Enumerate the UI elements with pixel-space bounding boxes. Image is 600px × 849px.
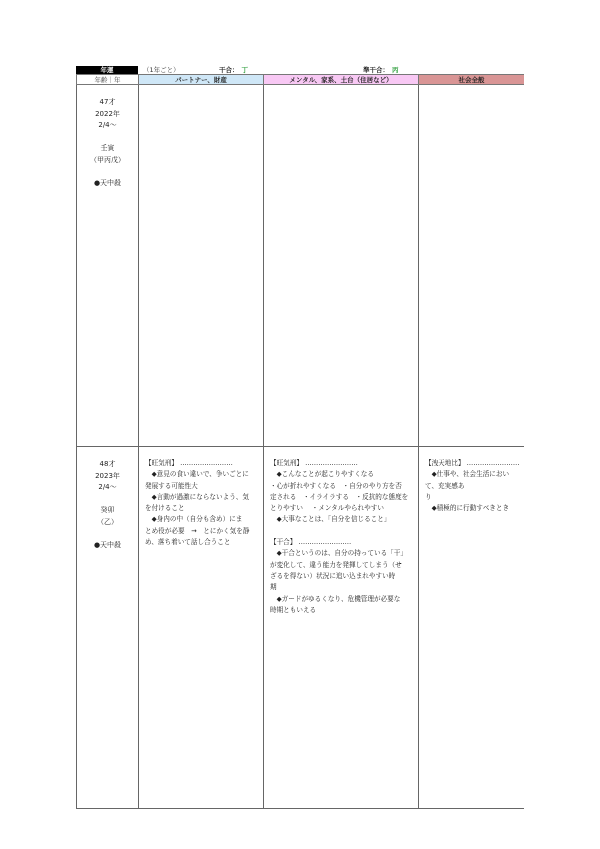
text-line: ◆言動が過激にならないよう、気 bbox=[145, 492, 258, 503]
kanshi: 壬寅 bbox=[77, 143, 138, 155]
sheet-title: 年運 bbox=[76, 66, 138, 74]
text-line: ◆積極的に行動すべきとき bbox=[425, 503, 520, 514]
text-line: め、落ち着いて話し合うこと bbox=[145, 537, 258, 548]
text-line: ◆大事なことは、「自分を信じること」 bbox=[270, 514, 413, 525]
social-cell[interactable] bbox=[418, 85, 524, 446]
column-header-mental: メンタル、家系、土台（住居など） bbox=[263, 74, 418, 85]
age-year-cell: 47才 2022年 2/4～ 壬寅 （甲丙戊） ●天中殺 bbox=[76, 85, 138, 446]
tenchusatsu-marker: ●天中殺 bbox=[77, 178, 138, 190]
text-line: 【旺気刑】 …………………… bbox=[270, 458, 413, 469]
column-header-social: 社会全般 bbox=[418, 74, 524, 85]
text-line: 時期ともいえる bbox=[270, 605, 413, 616]
text-line: ◆意見の食い違いで、争いごとに bbox=[145, 469, 258, 480]
age-year-cell: 48才 2023年 2/4～ 癸卯 （乙） ●天中殺 bbox=[76, 447, 138, 808]
zokan: （甲丙戊） bbox=[77, 155, 138, 167]
year: 2022年 bbox=[77, 109, 138, 121]
table-row: 48才 2023年 2/4～ 癸卯 （乙） ●天中殺 【旺気刑】 …………………… bbox=[76, 447, 524, 809]
kango-field: 干合：丁 bbox=[219, 66, 248, 74]
mental-cell[interactable] bbox=[263, 85, 418, 446]
blank-line bbox=[270, 526, 413, 537]
text-line: 【干合】 …………………… bbox=[270, 537, 413, 548]
text-line: を付けること bbox=[145, 503, 258, 514]
year: 2023年 bbox=[77, 471, 138, 483]
text-line: 【洩天地比】 …………………… bbox=[425, 458, 520, 469]
partner-cell[interactable]: 【旺気刑】 …………………… ◆意見の食い違いで、争いごとに 発展する可能性大 … bbox=[138, 447, 263, 808]
text-line: ◆ガードがゆるくなり、危機管理が必要な bbox=[270, 594, 413, 605]
junkango-field: 準干合：丙 bbox=[363, 66, 399, 74]
text-line: 発展する可能性大 bbox=[145, 481, 258, 492]
column-header-partner: パートナー、財産 bbox=[138, 74, 263, 85]
text-line: ざるを得ない）状況に追い込まれやすい時 bbox=[270, 571, 413, 582]
table-row: 47才 2022年 2/4～ 壬寅 （甲丙戊） ●天中殺 bbox=[76, 85, 524, 447]
age: 48才 bbox=[77, 459, 138, 471]
tenchusatsu-marker: ●天中殺 bbox=[77, 540, 138, 552]
text-line: とりやすい ・メンタルやられやすい bbox=[270, 503, 413, 514]
junkango-label: 準干合： bbox=[363, 66, 389, 74]
text-line: 定される ・イライラする ・反抗的な態度を bbox=[270, 492, 413, 503]
text-line: ・心が折れやすくなる ・自分のやり方を否 bbox=[270, 481, 413, 492]
mental-cell[interactable]: 【旺気刑】 …………………… ◆こんなことが起こりやすくなる ・心が折れやすくな… bbox=[263, 447, 418, 808]
text-line: 【旺気刑】 …………………… bbox=[145, 458, 258, 469]
text-line: 期 bbox=[270, 582, 413, 593]
kango-value: 丁 bbox=[242, 66, 249, 74]
per-year-note: （1年ごと） bbox=[143, 66, 180, 74]
title-row: 年運 （1年ごと） 干合：丁 準干合：丙 bbox=[76, 66, 524, 74]
text-line: り bbox=[425, 492, 520, 503]
zokan: （乙） bbox=[77, 517, 138, 529]
start-date: 2/4～ bbox=[77, 120, 138, 132]
text-line: ◆仕事や、社会生活において、充実感あ bbox=[425, 469, 520, 492]
partner-cell[interactable] bbox=[138, 85, 263, 446]
text-line: ◆こんなことが起こりやすくなる bbox=[270, 469, 413, 480]
kanshi: 癸卯 bbox=[77, 505, 138, 517]
text-line: が変化して、違う能力を発揮してしまう（せ bbox=[270, 560, 413, 571]
age: 47才 bbox=[77, 97, 138, 109]
junkango-value: 丙 bbox=[392, 66, 399, 74]
social-cell[interactable]: 【洩天地比】 …………………… ◆仕事や、社会生活において、充実感あ り ◆積極… bbox=[418, 447, 524, 808]
kango-label: 干合： bbox=[219, 66, 239, 74]
column-header-age-year: 年齢｜年 bbox=[76, 74, 138, 85]
text-line: とめ役が必要 → とにかく気を静 bbox=[145, 526, 258, 537]
text-line: ◆干合というのは、自分の持っている「干」 bbox=[270, 548, 413, 559]
text-line: ◆身内の中（自分も含め）にま bbox=[145, 514, 258, 525]
start-date: 2/4～ bbox=[77, 482, 138, 494]
